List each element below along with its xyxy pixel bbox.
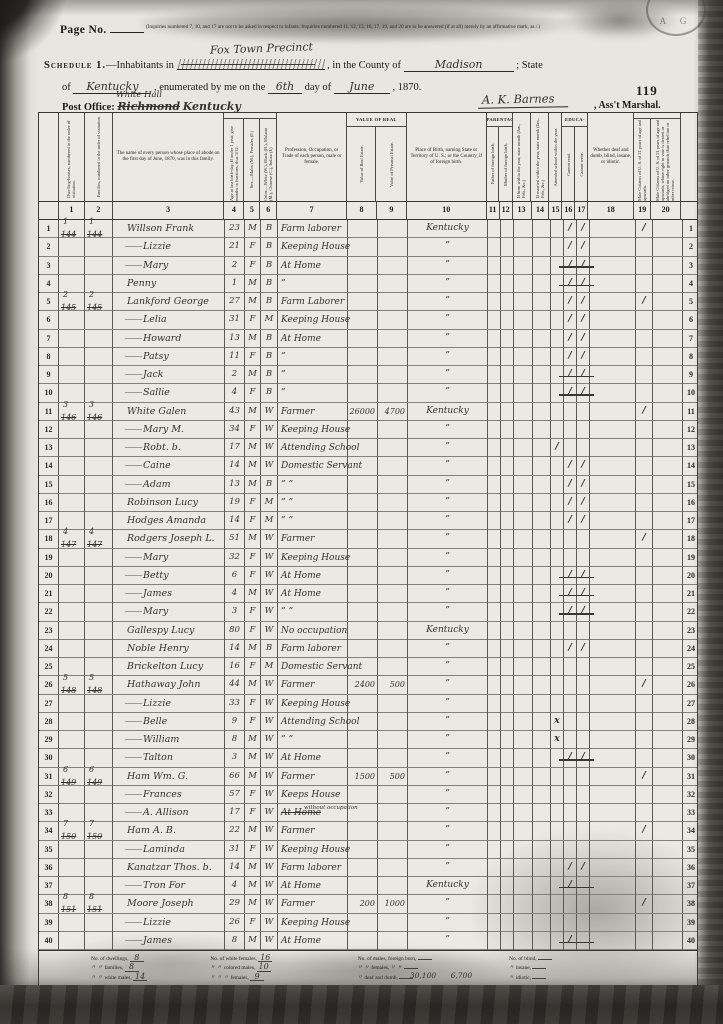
person-name: Penny (127, 278, 156, 289)
cell-cannot-write-mark (577, 439, 590, 457)
row-number-right: 29 (683, 731, 699, 749)
surname-ditto-dash: —— (125, 734, 141, 744)
cell-attended-school-mark (551, 421, 564, 439)
table-row: 32 ——Frances 57 F W Keeps House (39, 786, 697, 804)
cell-male-citizen-mark (636, 804, 653, 822)
cell-mother-foreign (501, 476, 514, 494)
occupation-text: Farm laborer (281, 224, 341, 234)
family-renumbered: 6 (89, 765, 94, 774)
cell-name: Hathaway John (113, 676, 225, 694)
cell-disabilities (590, 238, 636, 256)
cell-name: ——Betty (113, 567, 225, 585)
cell-married-month (533, 877, 551, 895)
cell-cannot-write-mark (577, 403, 590, 421)
cell-color: B (261, 640, 278, 658)
surname-ditto-dash: —— (125, 935, 141, 945)
cell-occupation: ” ” (278, 494, 348, 512)
cell-real-estate-value (348, 731, 378, 749)
cell-name: Moore Joseph (113, 895, 225, 913)
surname-ditto-dash: —— (125, 752, 141, 762)
cell-family-number (85, 439, 113, 457)
table-row: 34 7 150 7 150 Ham A. B. 22 M W Farmer (39, 822, 697, 840)
cell-age: 14 (225, 640, 245, 658)
cell-age: 17 (225, 439, 245, 457)
cell-family-number (85, 731, 113, 749)
cell-sex: M (245, 403, 261, 421)
cell-father-foreign (488, 713, 501, 731)
cell-vote-denied (653, 622, 683, 640)
person-name: Kanatzar Thos. b. (127, 862, 212, 873)
cell-name: ——Howard (113, 330, 225, 348)
row-number-right: 15 (683, 476, 699, 494)
cell-real-estate-value (348, 220, 378, 238)
cell-born-month (514, 530, 533, 548)
occupation-text: Farmer (281, 534, 314, 544)
cell-name: White Galen (113, 403, 225, 421)
cell-born-month (514, 786, 533, 804)
cell-born-month (514, 676, 533, 694)
cell-vote-denied (653, 877, 683, 895)
cell-name: ——James (113, 932, 225, 950)
cell-family-number (85, 457, 113, 475)
cell-male-citizen-mark (636, 457, 653, 475)
cell-dwelling-number (59, 330, 85, 348)
cell-real-estate-value (348, 476, 378, 494)
cell-age: 34 (225, 421, 245, 439)
row-number-left: 20 (39, 567, 59, 585)
column-header-attended-school: Attended school within the year. (549, 113, 562, 201)
occupation-text: Keeping House (281, 845, 350, 855)
cell-disabilities (590, 603, 636, 621)
cell-dwelling-number: 2 145 (59, 293, 85, 311)
column-header-married-month: If married within the year, state month … (531, 113, 549, 201)
cell-name: Noble Henry (113, 640, 225, 658)
cell-real-estate-value (348, 275, 378, 293)
cell-father-foreign (488, 804, 501, 822)
cell-dwelling-number: 7 150 (59, 822, 85, 840)
cell-age: 4 (225, 384, 245, 402)
row-number-right: 32 (683, 786, 699, 804)
cell-sex: M (245, 895, 261, 913)
row-number-left: 21 (39, 585, 59, 603)
cell-birthplace: ” (408, 768, 488, 786)
column-number: 10 (407, 202, 487, 219)
cell-married-month (533, 786, 551, 804)
cell-attended-school-mark (551, 841, 564, 859)
cell-occupation: Farm laborer (278, 640, 348, 658)
person-name: James (143, 588, 172, 599)
cell-color: W (261, 804, 278, 822)
cell-dwelling-number (59, 713, 85, 731)
cell-attended-school-mark (551, 786, 564, 804)
cell-birthplace: ” (408, 348, 488, 366)
cell-sex: F (245, 567, 261, 585)
cell-born-month (514, 731, 533, 749)
cell-color: W (261, 859, 278, 877)
cell-vote-denied (653, 311, 683, 329)
cell-age: 43 (225, 403, 245, 421)
cell-married-month (533, 293, 551, 311)
column-header-families: Families, numbered in the order of visit… (85, 113, 113, 201)
cell-dwelling-number: 4 147 (59, 530, 85, 548)
cell-real-estate-value (348, 932, 378, 950)
cell-sex: M (245, 457, 261, 475)
tally-label: No. of white females, (210, 956, 257, 962)
cell-attended-school-mark (551, 512, 564, 530)
tally-label: 〃 〃 white males, (91, 975, 132, 981)
cell-married-month (533, 622, 551, 640)
county-label: , in the County of (327, 60, 401, 71)
group-value-owned: Value of Real Estate Owned. Value of Rea… (347, 113, 407, 201)
cell-sex: M (245, 366, 261, 384)
row-number-left: 8 (39, 348, 59, 366)
cell-age: 14 (225, 859, 245, 877)
row-number-left: 25 (39, 658, 59, 676)
cell-disabilities (590, 457, 636, 475)
cell-male-citizen-mark (636, 914, 653, 932)
column-header-text: Profession, Occupation, or Trade of each… (277, 147, 346, 167)
cell-personal-estate-value (378, 476, 408, 494)
cell-real-estate-value (348, 640, 378, 658)
occupation-text: Farm laborer (281, 863, 341, 873)
cell-male-citizen-mark (636, 330, 653, 348)
cell-color: W (261, 895, 278, 913)
cell-cannot-write-mark: / (577, 567, 590, 585)
cell-color: W (261, 549, 278, 567)
cell-dwelling-number (59, 786, 85, 804)
cell-family-number (85, 713, 113, 731)
person-name: Ham Wm. G. (127, 771, 188, 782)
person-name: Talton (143, 752, 173, 763)
cell-born-month (514, 749, 533, 767)
cell-father-foreign (488, 494, 501, 512)
cell-personal-estate-value (378, 786, 408, 804)
group-education: Educa- tion. Cannot read. Cannot write. (562, 113, 588, 201)
column-number: 15 (549, 202, 562, 219)
table-row: 4 Penny 1 M B ” (39, 275, 697, 293)
column-number: 6 (260, 202, 277, 219)
column-header-cannot-write: Cannot write. (575, 127, 587, 201)
row-number-right: 38 (683, 895, 699, 913)
cell-vote-denied (653, 695, 683, 713)
cell-disabilities (590, 622, 636, 640)
cell-dwelling-number (59, 549, 85, 567)
cell-cannot-write-mark: / (577, 384, 590, 402)
cell-family-number: 5 148 (85, 676, 113, 694)
cell-personal-estate-value (378, 275, 408, 293)
person-name: Belle (143, 716, 167, 727)
cell-married-month (533, 384, 551, 402)
cell-vote-denied (653, 220, 683, 238)
cell-occupation: At Home (278, 585, 348, 603)
cell-personal-estate-value (378, 257, 408, 275)
cell-married-month (533, 220, 551, 238)
cell-male-citizen-mark: / (636, 822, 653, 840)
cell-cannot-write-mark: / (577, 366, 590, 384)
surname-ditto-dash: —— (125, 807, 141, 817)
cell-vote-denied (653, 549, 683, 567)
dwelling-renumbered: 3 (63, 400, 68, 409)
schedule-label: Schedule 1. (44, 60, 106, 71)
cell-male-citizen-mark (636, 421, 653, 439)
cell-dwelling-number (59, 932, 85, 950)
cell-occupation: Keeping House (278, 238, 348, 256)
row-number-right: 12 (683, 421, 699, 439)
table-row: 33 ——A. Allison 17 F W without occupatio… (39, 804, 697, 822)
table-footer-tallies: No. of dwellings, 8 No. of white females… (39, 950, 697, 988)
row-number-left: 3 (39, 257, 59, 275)
row-number-right: 30 (683, 749, 699, 767)
occupation-text: Farmer (281, 680, 314, 690)
cell-color: W (261, 457, 278, 475)
cell-personal-estate-value (378, 549, 408, 567)
cell-family-number (85, 567, 113, 585)
cell-disabilities (590, 804, 636, 822)
cell-occupation: At Home (278, 330, 348, 348)
cell-father-foreign (488, 859, 501, 877)
column-number: 12 (500, 202, 513, 219)
cell-sex: F (245, 914, 261, 932)
person-name: Mary (143, 552, 168, 563)
cell-color: W (261, 731, 278, 749)
cell-mother-foreign (501, 311, 514, 329)
instructions-note: (Inquiries numbered 7, 10, and 17 are no… (146, 24, 694, 30)
cell-born-month (514, 932, 533, 950)
cell-color: B (261, 476, 278, 494)
person-name: Lizzie (143, 917, 171, 928)
cell-disabilities (590, 877, 636, 895)
person-name: James (143, 935, 172, 946)
scan-edge-right (698, 0, 723, 1024)
surname-ditto-dash: —— (125, 698, 141, 708)
month-handwriting: June (334, 80, 390, 94)
column-header-age: Age at last birth-day. If under 1 year, … (224, 119, 244, 201)
cell-father-foreign (488, 768, 501, 786)
cell-real-estate-value (348, 914, 378, 932)
of-label: of (62, 82, 71, 93)
cell-occupation: Farmer (278, 403, 348, 421)
cell-birthplace: ” (408, 293, 488, 311)
cell-real-estate-value (348, 859, 378, 877)
row-number-right: 8 (683, 348, 699, 366)
cell-mother-foreign (501, 238, 514, 256)
census-scan-page: { "header": { "page_no_label": "Page No.… (0, 0, 723, 1024)
cell-mother-foreign (501, 567, 514, 585)
cell-mother-foreign (501, 841, 514, 859)
family-renumbered: 1 (89, 217, 94, 226)
column-number: 18 (588, 202, 634, 219)
cell-cannot-write-mark: / (577, 330, 590, 348)
cell-color: B (261, 348, 278, 366)
occupation-text: ” ” (281, 516, 293, 526)
cell-age: 22 (225, 822, 245, 840)
inhabitants-label: —Inhabitants in (106, 60, 174, 71)
cell-occupation: ” (278, 275, 348, 293)
cell-sex: F (245, 786, 261, 804)
cell-disabilities (590, 768, 636, 786)
occupation-text: ” ” (281, 607, 293, 617)
cell-married-month (533, 658, 551, 676)
cell-born-month (514, 384, 533, 402)
surname-ditto-dash: —— (125, 424, 141, 434)
occupation-text: At Home (281, 571, 321, 581)
cell-personal-estate-value (378, 457, 408, 475)
cell-attended-school-mark (551, 768, 564, 786)
table-row: 37 ——Tron For 4 M W At Home (39, 877, 697, 895)
cell-vote-denied (653, 348, 683, 366)
cell-cannot-read-mark: / (564, 311, 577, 329)
row-number-right: 28 (683, 713, 699, 731)
cell-color: W (261, 622, 278, 640)
cell-male-citizen-mark (636, 275, 653, 293)
occupation-text: ” (281, 352, 286, 362)
tally-label: 〃 〃 families, (91, 965, 123, 971)
cell-birthplace: Kentucky (408, 622, 488, 640)
cell-family-number (85, 257, 113, 275)
cell-father-foreign (488, 658, 501, 676)
cell-male-citizen-mark (636, 366, 653, 384)
cell-father-foreign (488, 749, 501, 767)
row-number-left: 38 (39, 895, 59, 913)
cell-father-foreign (488, 421, 501, 439)
cell-sex: M (245, 822, 261, 840)
cell-dwelling-number: 6 149 (59, 768, 85, 786)
person-name: Frances (143, 789, 182, 800)
cell-father-foreign (488, 822, 501, 840)
cell-attended-school-mark (551, 348, 564, 366)
page-number: 119 (636, 83, 658, 99)
column-header-text: Male Citizens of U. S. of 21 years of ag… (655, 119, 675, 201)
dwelling-renumbered: 1 (63, 217, 68, 226)
cell-family-number (85, 238, 113, 256)
cell-name: ——Belle (113, 713, 225, 731)
cell-color: W (261, 713, 278, 731)
page-no-text: Page No. (60, 24, 107, 36)
cell-age: 17 (225, 804, 245, 822)
cell-occupation: ” (278, 348, 348, 366)
table-row: 29 ——William 8 M W ” ” (39, 731, 697, 749)
cell-born-month (514, 603, 533, 621)
column-header-text: Whether deaf and dumb, blind, insane, or… (588, 147, 633, 167)
row-number-left: 6 (39, 311, 59, 329)
person-name: Lizzie (143, 698, 171, 709)
cell-birthplace: ” (408, 841, 488, 859)
cell-birthplace: ” (408, 421, 488, 439)
cell-attended-school-mark (551, 804, 564, 822)
cell-cannot-read-mark: / (564, 238, 577, 256)
occupation-text: Farm laborer (281, 644, 341, 654)
real-estate-total: 30,100 (405, 971, 441, 980)
cell-family-number (85, 549, 113, 567)
cell-married-month (533, 530, 551, 548)
cell-sex: F (245, 348, 261, 366)
family-renumbered: 4 (89, 527, 94, 536)
cell-family-number (85, 421, 113, 439)
column-header-text: Value of Real Estate. (359, 145, 364, 183)
cell-disabilities (590, 567, 636, 585)
table-row: 19 ——Mary 32 F W Keeping House (39, 549, 697, 567)
cell-age: 29 (225, 895, 245, 913)
cell-born-month (514, 457, 533, 475)
cell-married-month (533, 348, 551, 366)
table-row: 25 Brickelton Lucy 16 F M Domestic Ser (39, 658, 697, 676)
cell-color: M (261, 494, 278, 512)
cell-born-month (514, 877, 533, 895)
cell-vote-denied (653, 822, 683, 840)
cell-color: B (261, 330, 278, 348)
dwelling-renumbered: 7 (63, 819, 68, 828)
column-header-text: If born within the year, state month (Ja… (516, 116, 526, 198)
cell-cannot-write-mark (577, 658, 590, 676)
cell-personal-estate-value (378, 512, 408, 530)
cell-male-citizen-mark (636, 384, 653, 402)
person-name: Rodgers Joseph L. (127, 533, 215, 544)
cell-name: ——James (113, 585, 225, 603)
cell-cannot-write-mark (577, 877, 590, 895)
cell-married-month (533, 731, 551, 749)
cell-color: B (261, 366, 278, 384)
cell-birthplace: ” (408, 549, 488, 567)
column-header-male-citizens: Male Citizens of U. S. of 21 years of ag… (634, 119, 651, 201)
cell-disabilities (590, 403, 636, 421)
table-row: 17 Hodges Amanda 14 F M ” ” (39, 512, 697, 530)
cell-vote-denied (653, 676, 683, 694)
cell-attended-school-mark (551, 658, 564, 676)
row-number-right: 5 (683, 293, 699, 311)
cell-age: 13 (225, 476, 245, 494)
cell-age: 9 (225, 713, 245, 731)
column-header-text: Color.—White (W.), Black (B.), Mulatto (… (263, 119, 273, 201)
cell-sex: M (245, 220, 261, 238)
column-header-text: Sex.—Males (M.), Females (F.) (249, 131, 254, 188)
page-no-blank (110, 22, 144, 33)
cell-color: W (261, 914, 278, 932)
day-handwriting: 6th (268, 80, 302, 94)
cell-age: 13 (225, 330, 245, 348)
cell-sex: M (245, 476, 261, 494)
row-number-right: 13 (683, 439, 699, 457)
cell-married-month (533, 804, 551, 822)
row-number-right: 2 (683, 238, 699, 256)
cell-real-estate-value (348, 257, 378, 275)
cell-sex: M (245, 530, 261, 548)
row-number-right: 21 (683, 585, 699, 603)
person-name: Noble Henry (127, 643, 189, 654)
cell-vote-denied (653, 603, 683, 621)
person-name: Lizzie (143, 241, 171, 252)
cell-dwelling-number (59, 695, 85, 713)
cell-family-number (85, 695, 113, 713)
row-number-right: 34 (683, 822, 699, 840)
cell-personal-estate-value (378, 238, 408, 256)
group-constitutional: Constitutional Relations. Male Citizens … (634, 113, 681, 201)
margin-cell (681, 202, 697, 219)
cell-father-foreign (488, 585, 501, 603)
cell-birthplace: ” (408, 932, 488, 950)
cell-vote-denied (653, 439, 683, 457)
person-name: Brickelton Lucy (127, 661, 203, 672)
table-row: 30 ——Talton 3 M W At Home (39, 749, 697, 767)
cell-dwelling-number (59, 238, 85, 256)
dwelling-renumbered: 5 (63, 673, 68, 682)
cell-name: ——Mary (113, 549, 225, 567)
table-row: 22 ——Mary 3 F W ” ” (39, 603, 697, 621)
cell-attended-school-mark (551, 457, 564, 475)
tally-label: 〃 deaf and dumb, (358, 975, 398, 981)
cell-mother-foreign (501, 494, 514, 512)
column-number: 11 (487, 202, 500, 219)
cell-real-estate-value: 26000 (348, 403, 378, 421)
